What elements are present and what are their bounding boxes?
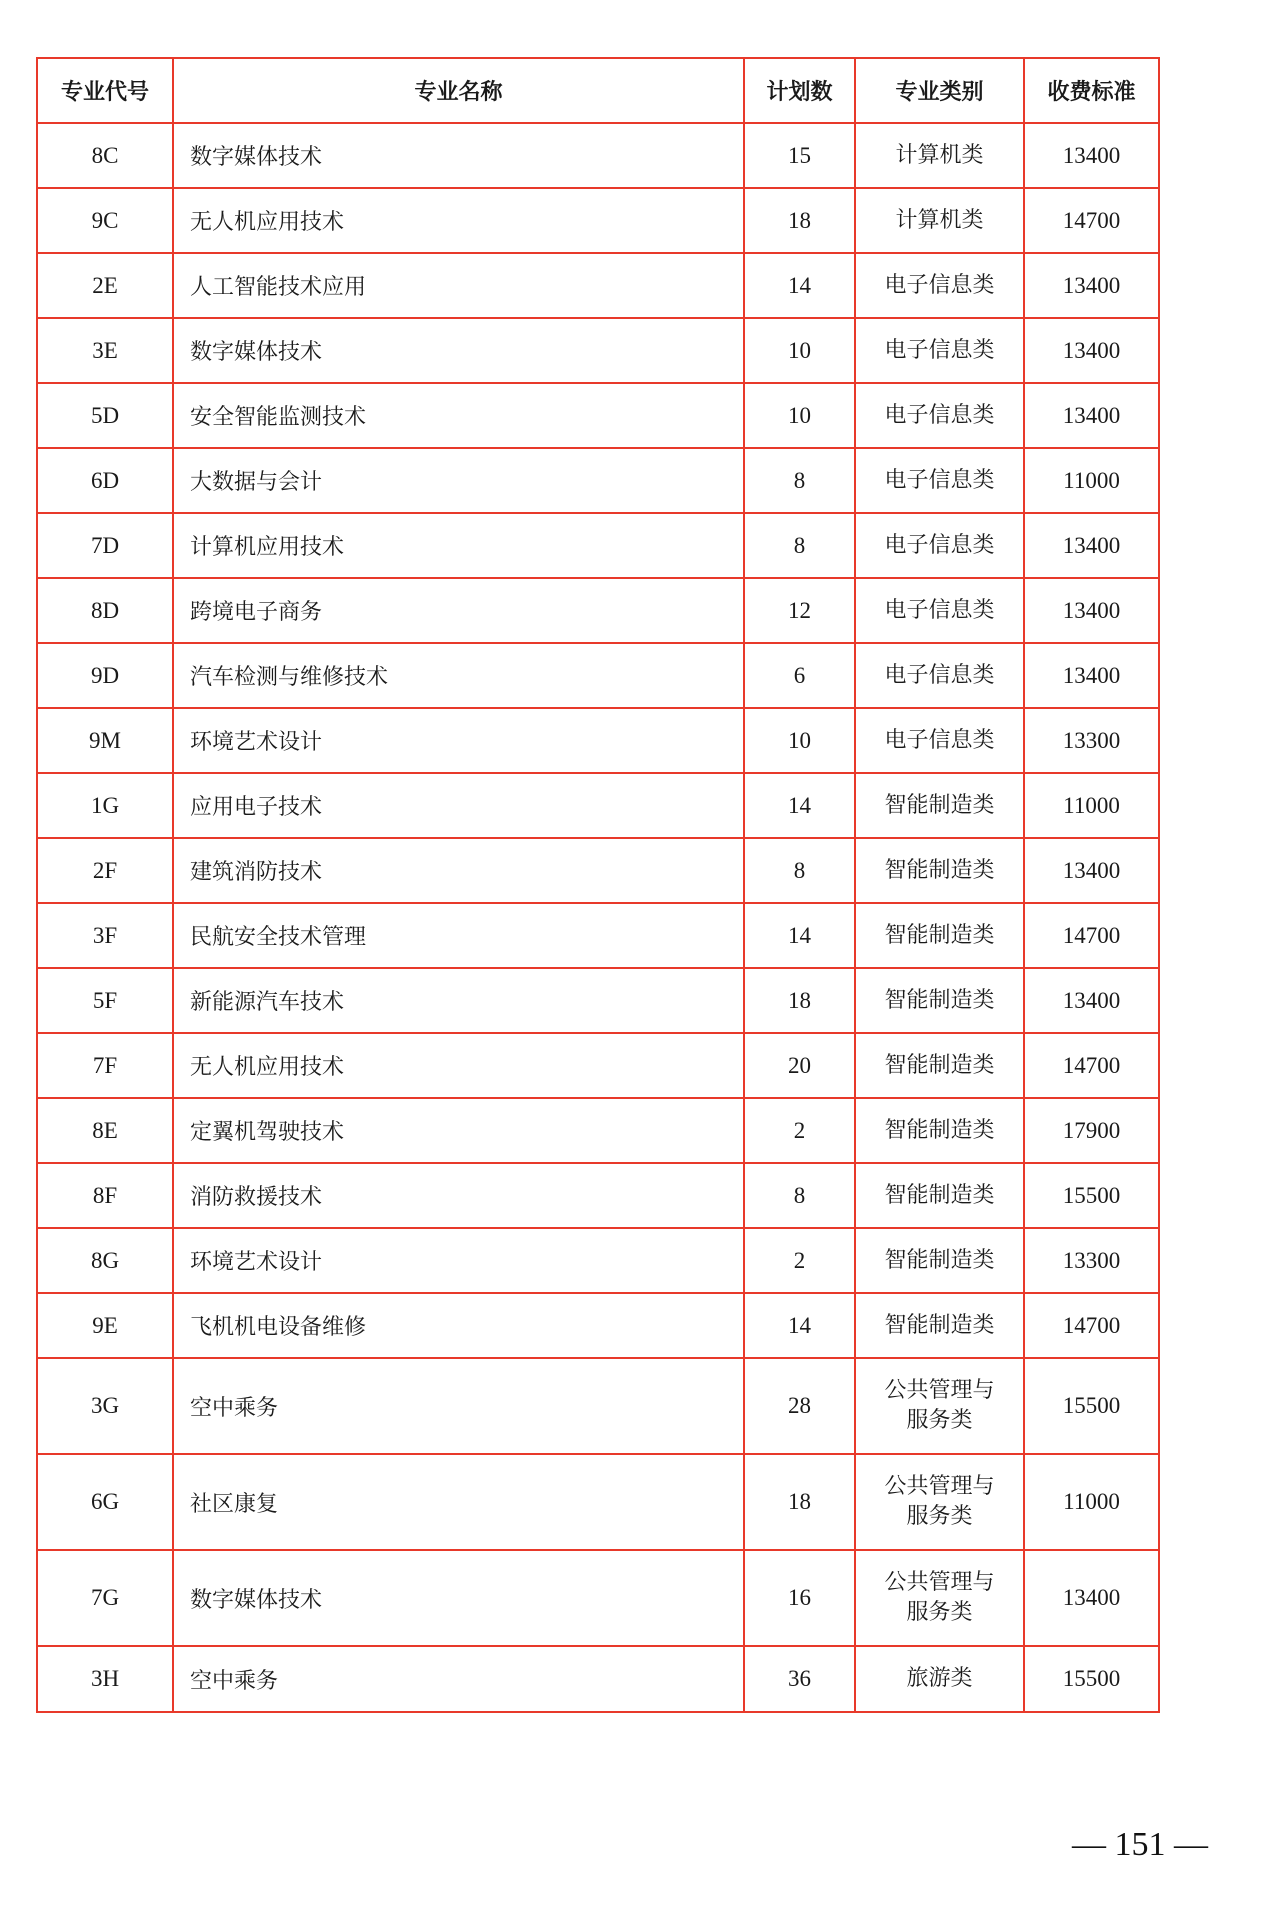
cell-plan: 16 <box>744 1550 855 1646</box>
table-row: 8G 环境艺术设计 2 智能制造类 13300 <box>37 1228 1159 1293</box>
enrollment-plan-table: 专业代号 专业名称 计划数 专业类别 收费标准 8C 数字媒体技术 15 计算机… <box>36 57 1160 1713</box>
table-row: 8D 跨境电子商务 12 电子信息类 13400 <box>37 578 1159 643</box>
table-header-row: 专业代号 专业名称 计划数 专业类别 收费标准 <box>37 58 1159 123</box>
cell-category: 智能制造类 <box>855 1033 1024 1098</box>
header-major-category: 专业类别 <box>855 58 1024 123</box>
cell-name: 社区康复 <box>173 1454 744 1550</box>
table-row: 2E 人工智能技术应用 14 电子信息类 13400 <box>37 253 1159 318</box>
cell-code: 2F <box>37 838 173 903</box>
cell-code: 8E <box>37 1098 173 1163</box>
cell-fee: 14700 <box>1024 1293 1159 1358</box>
cell-fee: 13300 <box>1024 1228 1159 1293</box>
cell-fee: 13400 <box>1024 643 1159 708</box>
cell-fee: 13400 <box>1024 253 1159 318</box>
cell-category: 旅游类 <box>855 1646 1024 1712</box>
cell-fee: 15500 <box>1024 1358 1159 1454</box>
table-row: 5D 安全智能监测技术 10 电子信息类 13400 <box>37 383 1159 448</box>
table-row: 8C 数字媒体技术 15 计算机类 13400 <box>37 123 1159 188</box>
cell-code: 9D <box>37 643 173 708</box>
cell-plan: 12 <box>744 578 855 643</box>
table-row: 7F 无人机应用技术 20 智能制造类 14700 <box>37 1033 1159 1098</box>
cell-name: 飞机机电设备维修 <box>173 1293 744 1358</box>
cell-category: 公共管理与服务类 <box>855 1358 1024 1454</box>
category-line-2: 服务类 <box>906 1600 972 1625</box>
table-row: 7D 计算机应用技术 8 电子信息类 13400 <box>37 513 1159 578</box>
cell-name: 计算机应用技术 <box>173 513 744 578</box>
cell-name: 安全智能监测技术 <box>173 383 744 448</box>
table-row: 9E 飞机机电设备维修 14 智能制造类 14700 <box>37 1293 1159 1358</box>
cell-category: 智能制造类 <box>855 773 1024 838</box>
cell-category: 电子信息类 <box>855 253 1024 318</box>
cell-plan: 8 <box>744 448 855 513</box>
header-plan-count: 计划数 <box>744 58 855 123</box>
cell-name: 大数据与会计 <box>173 448 744 513</box>
cell-fee: 13400 <box>1024 383 1159 448</box>
cell-code: 3F <box>37 903 173 968</box>
cell-plan: 14 <box>744 903 855 968</box>
cell-name: 消防救援技术 <box>173 1163 744 1228</box>
cell-category: 智能制造类 <box>855 1098 1024 1163</box>
table-row: 7G 数字媒体技术 16 公共管理与服务类 13400 <box>37 1550 1159 1646</box>
cell-plan: 2 <box>744 1228 855 1293</box>
cell-plan: 14 <box>744 253 855 318</box>
cell-category: 计算机类 <box>855 123 1024 188</box>
cell-name: 无人机应用技术 <box>173 188 744 253</box>
cell-code: 9E <box>37 1293 173 1358</box>
category-line-2: 服务类 <box>906 1408 972 1433</box>
cell-code: 3G <box>37 1358 173 1454</box>
cell-fee: 11000 <box>1024 773 1159 838</box>
cell-fee: 14700 <box>1024 903 1159 968</box>
cell-plan: 18 <box>744 188 855 253</box>
cell-plan: 20 <box>744 1033 855 1098</box>
cell-fee: 13400 <box>1024 578 1159 643</box>
cell-plan: 28 <box>744 1358 855 1454</box>
cell-name: 定翼机驾驶技术 <box>173 1098 744 1163</box>
cell-fee: 14700 <box>1024 188 1159 253</box>
cell-name: 人工智能技术应用 <box>173 253 744 318</box>
cell-plan: 36 <box>744 1646 855 1712</box>
header-major-name: 专业名称 <box>173 58 744 123</box>
table-row: 2F 建筑消防技术 8 智能制造类 13400 <box>37 838 1159 903</box>
cell-name: 数字媒体技术 <box>173 318 744 383</box>
cell-plan: 18 <box>744 968 855 1033</box>
cell-category: 电子信息类 <box>855 383 1024 448</box>
table-row: 9C 无人机应用技术 18 计算机类 14700 <box>37 188 1159 253</box>
cell-code: 9C <box>37 188 173 253</box>
page-number: — 151 — <box>1050 1826 1230 1864</box>
cell-name: 无人机应用技术 <box>173 1033 744 1098</box>
table-row: 6D 大数据与会计 8 电子信息类 11000 <box>37 448 1159 513</box>
cell-code: 6D <box>37 448 173 513</box>
table-row: 9D 汽车检测与维修技术 6 电子信息类 13400 <box>37 643 1159 708</box>
cell-name: 数字媒体技术 <box>173 123 744 188</box>
category-line-2: 服务类 <box>906 1504 972 1529</box>
category-line-1: 公共管理与 <box>884 1474 994 1499</box>
cell-plan: 8 <box>744 513 855 578</box>
cell-code: 7D <box>37 513 173 578</box>
cell-category: 电子信息类 <box>855 318 1024 383</box>
cell-fee: 15500 <box>1024 1646 1159 1712</box>
cell-category: 智能制造类 <box>855 1293 1024 1358</box>
cell-code: 8C <box>37 123 173 188</box>
cell-name: 建筑消防技术 <box>173 838 744 903</box>
cell-code: 6G <box>37 1454 173 1550</box>
cell-fee: 13400 <box>1024 838 1159 903</box>
cell-code: 9M <box>37 708 173 773</box>
cell-name: 空中乘务 <box>173 1358 744 1454</box>
cell-category: 智能制造类 <box>855 1163 1024 1228</box>
cell-name: 应用电子技术 <box>173 773 744 838</box>
cell-code: 1G <box>37 773 173 838</box>
cell-name: 民航安全技术管理 <box>173 903 744 968</box>
cell-plan: 6 <box>744 643 855 708</box>
cell-code: 8D <box>37 578 173 643</box>
cell-name: 数字媒体技术 <box>173 1550 744 1646</box>
cell-fee: 13400 <box>1024 318 1159 383</box>
cell-plan: 10 <box>744 383 855 448</box>
header-fee-standard: 收费标准 <box>1024 58 1159 123</box>
cell-category: 智能制造类 <box>855 903 1024 968</box>
table-row: 3H 空中乘务 36 旅游类 15500 <box>37 1646 1159 1712</box>
cell-fee: 13400 <box>1024 968 1159 1033</box>
cell-name: 新能源汽车技术 <box>173 968 744 1033</box>
cell-fee: 15500 <box>1024 1163 1159 1228</box>
cell-category: 电子信息类 <box>855 513 1024 578</box>
cell-fee: 13400 <box>1024 123 1159 188</box>
cell-category: 智能制造类 <box>855 1228 1024 1293</box>
cell-fee: 11000 <box>1024 448 1159 513</box>
cell-plan: 8 <box>744 1163 855 1228</box>
cell-name: 环境艺术设计 <box>173 1228 744 1293</box>
category-line-1: 公共管理与 <box>884 1378 994 1403</box>
cell-name: 空中乘务 <box>173 1646 744 1712</box>
cell-category: 电子信息类 <box>855 643 1024 708</box>
cell-fee: 13400 <box>1024 513 1159 578</box>
cell-category: 计算机类 <box>855 188 1024 253</box>
cell-category: 电子信息类 <box>855 578 1024 643</box>
table-row: 3E 数字媒体技术 10 电子信息类 13400 <box>37 318 1159 383</box>
cell-fee: 14700 <box>1024 1033 1159 1098</box>
category-line-1: 公共管理与 <box>884 1570 994 1595</box>
cell-plan: 18 <box>744 1454 855 1550</box>
cell-code: 8G <box>37 1228 173 1293</box>
cell-category: 电子信息类 <box>855 708 1024 773</box>
cell-code: 8F <box>37 1163 173 1228</box>
cell-code: 5F <box>37 968 173 1033</box>
cell-plan: 14 <box>744 1293 855 1358</box>
table-row: 3G 空中乘务 28 公共管理与服务类 15500 <box>37 1358 1159 1454</box>
cell-category: 公共管理与服务类 <box>855 1454 1024 1550</box>
cell-category: 电子信息类 <box>855 448 1024 513</box>
cell-fee: 13400 <box>1024 1550 1159 1646</box>
cell-code: 7F <box>37 1033 173 1098</box>
header-major-code: 专业代号 <box>37 58 173 123</box>
cell-name: 环境艺术设计 <box>173 708 744 773</box>
table-row: 8E 定翼机驾驶技术 2 智能制造类 17900 <box>37 1098 1159 1163</box>
cell-plan: 15 <box>744 123 855 188</box>
table-row: 1G 应用电子技术 14 智能制造类 11000 <box>37 773 1159 838</box>
cell-code: 3E <box>37 318 173 383</box>
table-row: 5F 新能源汽车技术 18 智能制造类 13400 <box>37 968 1159 1033</box>
cell-plan: 2 <box>744 1098 855 1163</box>
table-row: 6G 社区康复 18 公共管理与服务类 11000 <box>37 1454 1159 1550</box>
cell-fee: 13300 <box>1024 708 1159 773</box>
cell-plan: 14 <box>744 773 855 838</box>
cell-code: 7G <box>37 1550 173 1646</box>
table-row: 9M 环境艺术设计 10 电子信息类 13300 <box>37 708 1159 773</box>
cell-plan: 10 <box>744 708 855 773</box>
cell-code: 2E <box>37 253 173 318</box>
cell-plan: 8 <box>744 838 855 903</box>
cell-category: 智能制造类 <box>855 968 1024 1033</box>
table-row: 3F 民航安全技术管理 14 智能制造类 14700 <box>37 903 1159 968</box>
table-row: 8F 消防救援技术 8 智能制造类 15500 <box>37 1163 1159 1228</box>
cell-plan: 10 <box>744 318 855 383</box>
cell-code: 5D <box>37 383 173 448</box>
cell-category: 智能制造类 <box>855 838 1024 903</box>
cell-fee: 11000 <box>1024 1454 1159 1550</box>
cell-name: 汽车检测与维修技术 <box>173 643 744 708</box>
cell-code: 3H <box>37 1646 173 1712</box>
cell-name: 跨境电子商务 <box>173 578 744 643</box>
cell-fee: 17900 <box>1024 1098 1159 1163</box>
cell-category: 公共管理与服务类 <box>855 1550 1024 1646</box>
